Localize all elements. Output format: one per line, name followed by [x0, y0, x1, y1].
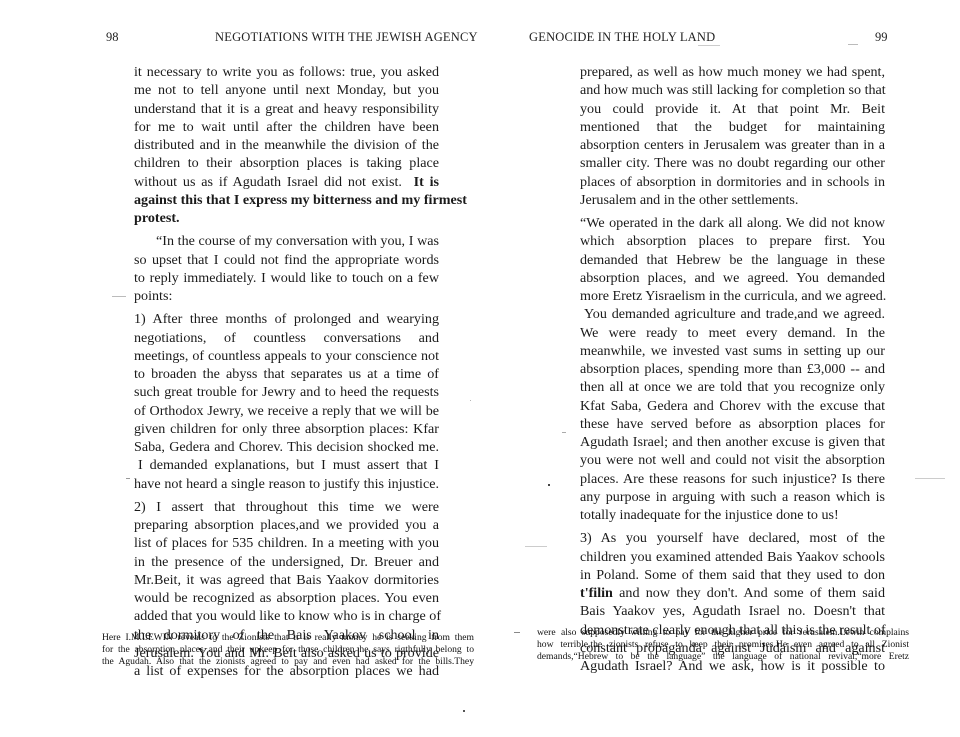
scan-speck: [112, 296, 126, 297]
text-line: to broaden the abyss that separates us a…: [134, 365, 439, 383]
text-line: it necessary to write you as follows: tr…: [134, 63, 439, 81]
text-line: children you examined attended Bais Yaak…: [580, 548, 885, 566]
caption-line: Here I.M.LEWIN reveals to the Zionists t…: [102, 632, 474, 644]
text-line: points:: [134, 287, 439, 305]
emphasis-text: It is: [414, 174, 439, 190]
text-line: understand that it is a great and heavy …: [134, 100, 439, 118]
text-line: I demanded explanations, but I must asse…: [134, 456, 439, 474]
text-line: places. Are these reasons for such injus…: [580, 470, 885, 488]
page-number: 98: [106, 30, 119, 45]
text-line: negotiations, of countless conversations…: [134, 329, 439, 347]
text-line: more Eretz Yisraelism in the curricula, …: [580, 287, 885, 305]
scan-speck: [698, 45, 720, 46]
text-line: absorption places, and we agreed. You de…: [580, 269, 885, 287]
scan-speck: [562, 432, 566, 433]
right-page: GENOCIDE IN THE HOLY LAND 99 prepared, a…: [480, 0, 960, 737]
text-line: added that you would like to know who is…: [134, 607, 439, 625]
text-line: meetings, of countless appeals to your c…: [134, 347, 439, 365]
text-line: and how much was still lacking for compl…: [580, 81, 885, 99]
text-line: totally inadequate for the injustice don…: [580, 506, 885, 524]
numbered-point-2: 2) I assert that throughout this time we…: [134, 498, 439, 516]
text-line: Jerusalem and in the other settlements.: [580, 191, 885, 209]
text-line: these have served before as absorption p…: [580, 415, 885, 433]
text-line: Kfat Saba, Gedera and Chorev with the ex…: [580, 397, 885, 415]
text-line: in Poland. Some of them said that they u…: [580, 566, 885, 584]
text-line: Bais Yaakov yes, Agudath Israel no. Does…: [580, 602, 885, 620]
text-line: any purpose in arguing with such a reaso…: [580, 488, 885, 506]
text-line: such great trouble for Jewry and to heed…: [134, 383, 439, 401]
numbered-point-3: 3) As you yourself have declared, most o…: [580, 529, 885, 547]
text-line: would be recognized as absorption places…: [134, 589, 439, 607]
body-text: it necessary to write you as follows: tr…: [134, 63, 439, 680]
text-line: places of absorption in dormitories and …: [580, 173, 885, 191]
scan-speck: [463, 710, 465, 712]
text-run: without us as if Agudath Israel did not …: [134, 174, 402, 190]
text-line: We were ready to meet every demand. In t…: [580, 324, 885, 342]
text-line: in the presence of the undersigned, Dr. …: [134, 553, 439, 571]
page-number: 99: [875, 30, 888, 45]
scan-speck: [126, 478, 130, 479]
text-line: meanwhile, we invested vast sums in sett…: [580, 342, 885, 360]
text-line: you could provide it. At that point Mr. …: [580, 100, 885, 118]
text-line: smaller city. There was no doubt regardi…: [580, 154, 885, 172]
scan-speck: [514, 632, 520, 633]
scan-speck: [915, 478, 945, 479]
text-line: of Orthodox Jewry, we receive a reply th…: [134, 402, 439, 420]
text-line: list of places for 535 children. In a me…: [134, 534, 439, 552]
text-line: preparing absorption places,and we provi…: [134, 516, 439, 534]
emphasis-line: protest.: [134, 209, 439, 227]
text-line: to reply immediately. I would like to to…: [134, 269, 439, 287]
text-line: which absorption places to prepare first…: [580, 232, 885, 250]
text-line: prepared, as well as how much money we h…: [580, 63, 885, 81]
numbered-point-1: 1) After three months of prolonged and w…: [134, 310, 439, 328]
caption-line: how terrible,the zionists refuse to keep…: [537, 639, 909, 651]
text-line: children to their absorption places is t…: [134, 154, 439, 172]
text-line: for me to wait until after the children …: [134, 118, 439, 136]
scan-speck: [525, 546, 547, 547]
text-line: mentioned that the budget for maintainin…: [580, 118, 885, 136]
scan-speck: [470, 400, 471, 401]
text-line: absorption centers in Jerusalem was grea…: [580, 136, 885, 154]
body-text: prepared, as well as how much money we h…: [580, 63, 885, 675]
text-line: Saba, Gedera and Chorev. This decision s…: [134, 438, 439, 456]
text-line: absorption places, spending more than £3…: [580, 360, 885, 378]
text-line: you were not well and could not visit th…: [580, 451, 885, 469]
text-line: distributed and in the meanwhile the div…: [134, 136, 439, 154]
paragraph-start: “We operated in the dark all along. We d…: [580, 214, 885, 232]
caption-line: were also supposedly willing to pay for …: [537, 627, 909, 639]
text-line: have not heard a single reason to justif…: [134, 475, 439, 493]
text-run: and now they don't. And some of them sai…: [619, 585, 885, 601]
caption-line: the Agudah. Also that the zionists agree…: [102, 656, 474, 668]
text-line: given children for only three absorption…: [134, 420, 439, 438]
annotation-caption: Here I.M.LEWIN reveals to the Zionists t…: [102, 632, 474, 668]
emphasis-text: t'filin: [580, 585, 613, 601]
caption-line: demands,“Hebrew to be the language” the …: [537, 651, 909, 663]
annotation-caption: were also supposedly willing to pay for …: [537, 627, 909, 663]
text-line: demanded that Hebrew be the language in …: [580, 251, 885, 269]
text-line: Agudath Israel; and then another excuse …: [580, 433, 885, 451]
emphasis-line: against this that I express my bitternes…: [134, 191, 439, 209]
running-head: GENOCIDE IN THE HOLY LAND: [529, 30, 715, 45]
scan-speck: [848, 44, 858, 45]
text-line-mixed: t'filin and now they don't. And some of …: [580, 584, 885, 602]
text-line: You demanded agriculture and trade,and w…: [580, 305, 885, 323]
text-line-mixed: without us as if Agudath Israel did not …: [134, 173, 439, 191]
scan-speck: [548, 484, 550, 486]
left-page: 98 NEGOTIATIONS WITH THE JEWISH AGENCY i…: [0, 0, 480, 737]
caption-line: for the absorption places and their upke…: [102, 644, 474, 656]
text-line: then all at once we are told that you re…: [580, 378, 885, 396]
text-line: me not to tell anyone until next Monday,…: [134, 81, 439, 99]
text-line: so upset that I could not find the appro…: [134, 251, 439, 269]
paragraph-start: “In the course of my conversation with y…: [134, 232, 439, 250]
text-line: Mr.Beit, it was agreed that Bais Yaakov …: [134, 571, 439, 589]
running-head: NEGOTIATIONS WITH THE JEWISH AGENCY: [215, 30, 478, 45]
